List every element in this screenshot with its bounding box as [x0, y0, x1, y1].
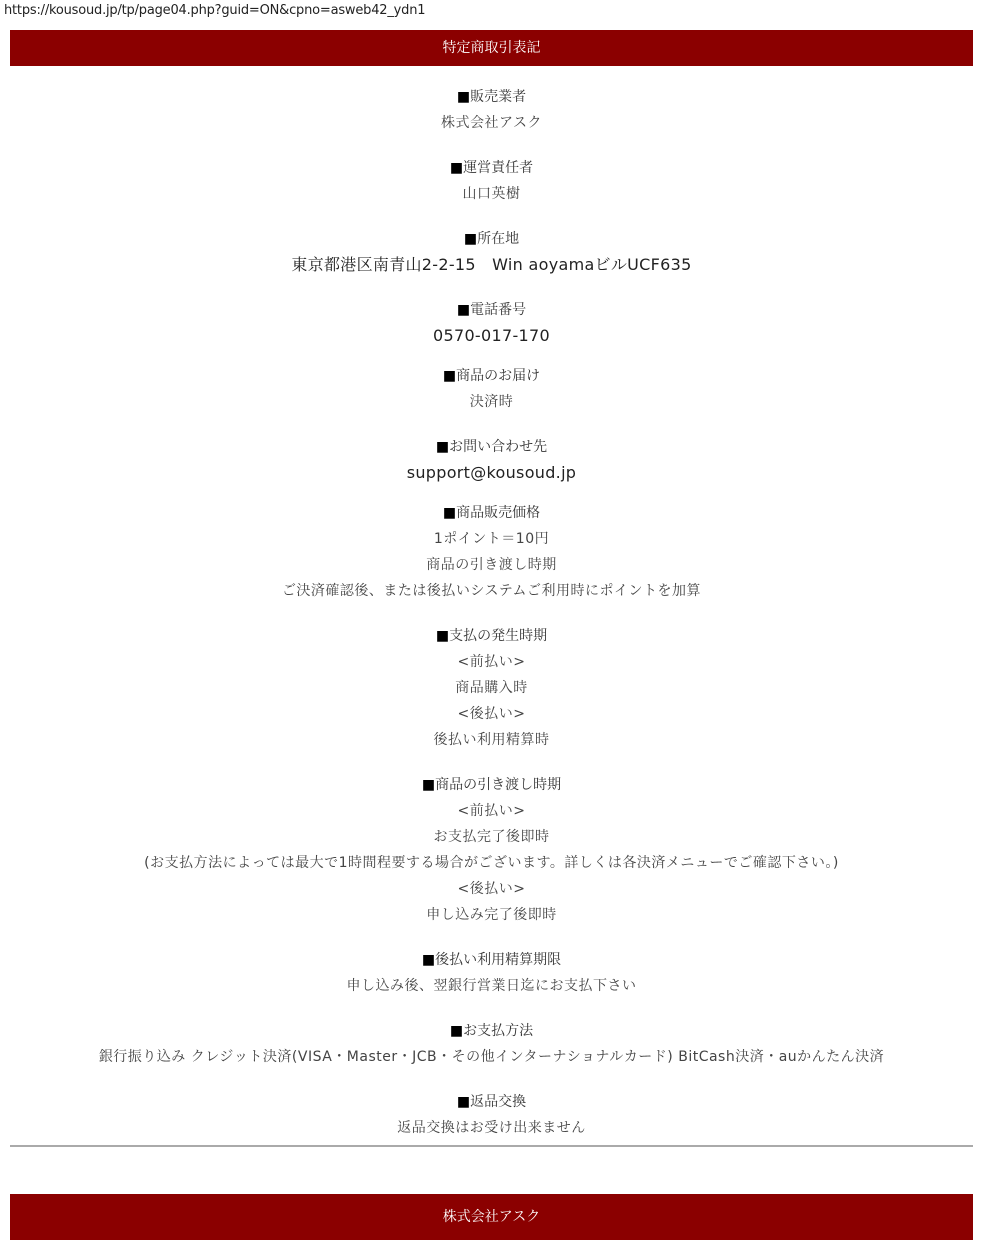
section-title: ■電話番号: [10, 297, 973, 323]
handover-note: (お支払方法によっては最大で1時間程要する場合がございます。詳しくは各決済メニュ…: [10, 850, 973, 876]
payment-methods-text: 銀行振り込み クレジット決済(VISA・Master・JCB・その他インターナシ…: [10, 1044, 973, 1070]
section-title: ■販売業者: [10, 84, 973, 110]
square-bullet-icon: ■: [422, 952, 435, 968]
contact-email: support@kousoud.jp: [10, 460, 973, 486]
square-bullet-icon: ■: [443, 505, 456, 521]
section-price: ■商品販売価格 1ポイント＝10円 商品の引き渡し時期 ご決済確認後、または後払…: [10, 500, 973, 604]
prepay-handover: お支払完了後即時: [10, 824, 973, 850]
divider: [10, 1145, 973, 1147]
square-bullet-icon: ■: [464, 231, 477, 247]
section-manager: ■運営責任者 山口英樹: [10, 155, 973, 207]
section-title: ■後払い利用精算期限: [10, 947, 973, 973]
square-bullet-icon: ■: [436, 628, 449, 644]
page-title: 特定商取引表記: [443, 40, 541, 56]
page-header: 特定商取引表記: [10, 30, 973, 66]
section-title: ■商品のお届け: [10, 363, 973, 389]
section-contact: ■お問い合わせ先 support@kousoud.jp: [10, 434, 973, 486]
square-bullet-icon: ■: [422, 777, 435, 793]
postpay-handover: 申し込み完了後即時: [10, 902, 973, 928]
price-note: ご決済確認後、または後払いシステムご利用時にポイントを加算: [10, 578, 973, 604]
postpay-label: <後払い>: [10, 701, 973, 727]
square-bullet-icon: ■: [443, 368, 456, 384]
section-handover-timing: ■商品の引き渡し時期 <前払い> お支払完了後即時 (お支払方法によっては最大で…: [10, 772, 973, 928]
square-bullet-icon: ■: [457, 1094, 470, 1110]
section-title: ■お問い合わせ先: [10, 434, 973, 460]
page-url: https://kousoud.jp/tp/page04.php?guid=ON…: [4, 3, 425, 18]
section-address: ■所在地 東京都港区南青山2-2-15 Win aoyamaビルUCF635: [10, 226, 973, 278]
price-rate: 1ポイント＝10円: [10, 526, 973, 552]
square-bullet-icon: ■: [450, 1023, 463, 1039]
square-bullet-icon: ■: [450, 160, 463, 176]
section-returns: ■返品交換 返品交換はお受け出来ません: [10, 1089, 973, 1141]
section-title: ■所在地: [10, 226, 973, 252]
square-bullet-icon: ■: [436, 439, 449, 455]
postpay-label: <後払い>: [10, 876, 973, 902]
prepay-timing: 商品購入時: [10, 675, 973, 701]
returns-text: 返品交換はお受け出来ません: [10, 1115, 973, 1141]
section-seller: ■販売業者 株式会社アスク: [10, 84, 973, 136]
legal-notice-content: ■販売業者 株式会社アスク ■運営責任者 山口英樹 ■所在地 東京都港区南青山2…: [10, 84, 973, 1141]
delivery-text: 決済時: [10, 389, 973, 415]
section-title: ■商品販売価格: [10, 500, 973, 526]
section-payment-methods: ■お支払方法 銀行振り込み クレジット決済(VISA・Master・JCB・その…: [10, 1018, 973, 1070]
square-bullet-icon: ■: [457, 89, 470, 105]
price-subheading: 商品の引き渡し時期: [10, 552, 973, 578]
section-postpay-deadline: ■後払い利用精算期限 申し込み後、翌銀行営業日迄にお支払下さい: [10, 947, 973, 999]
section-title: ■お支払方法: [10, 1018, 973, 1044]
page-footer: 株式会社アスク: [10, 1194, 973, 1240]
postpay-timing: 後払い利用精算時: [10, 727, 973, 753]
section-delivery: ■商品のお届け 決済時: [10, 363, 973, 415]
section-phone: ■電話番号 0570-017-170: [10, 297, 973, 349]
footer-company: 株式会社アスク: [443, 1209, 540, 1225]
prepay-label: <前払い>: [10, 649, 973, 675]
section-payment-timing: ■支払の発生時期 <前払い> 商品購入時 <後払い> 後払い利用精算時: [10, 623, 973, 753]
section-title: ■返品交換: [10, 1089, 973, 1115]
section-title: ■支払の発生時期: [10, 623, 973, 649]
manager-name: 山口英樹: [10, 181, 973, 207]
section-title: ■運営責任者: [10, 155, 973, 181]
square-bullet-icon: ■: [457, 302, 470, 318]
section-title: ■商品の引き渡し時期: [10, 772, 973, 798]
seller-name: 株式会社アスク: [10, 110, 973, 136]
postpay-deadline-text: 申し込み後、翌銀行営業日迄にお支払下さい: [10, 973, 973, 999]
phone-number: 0570-017-170: [10, 323, 973, 349]
address-text: 東京都港区南青山2-2-15 Win aoyamaビルUCF635: [10, 252, 973, 278]
prepay-label: <前払い>: [10, 798, 973, 824]
